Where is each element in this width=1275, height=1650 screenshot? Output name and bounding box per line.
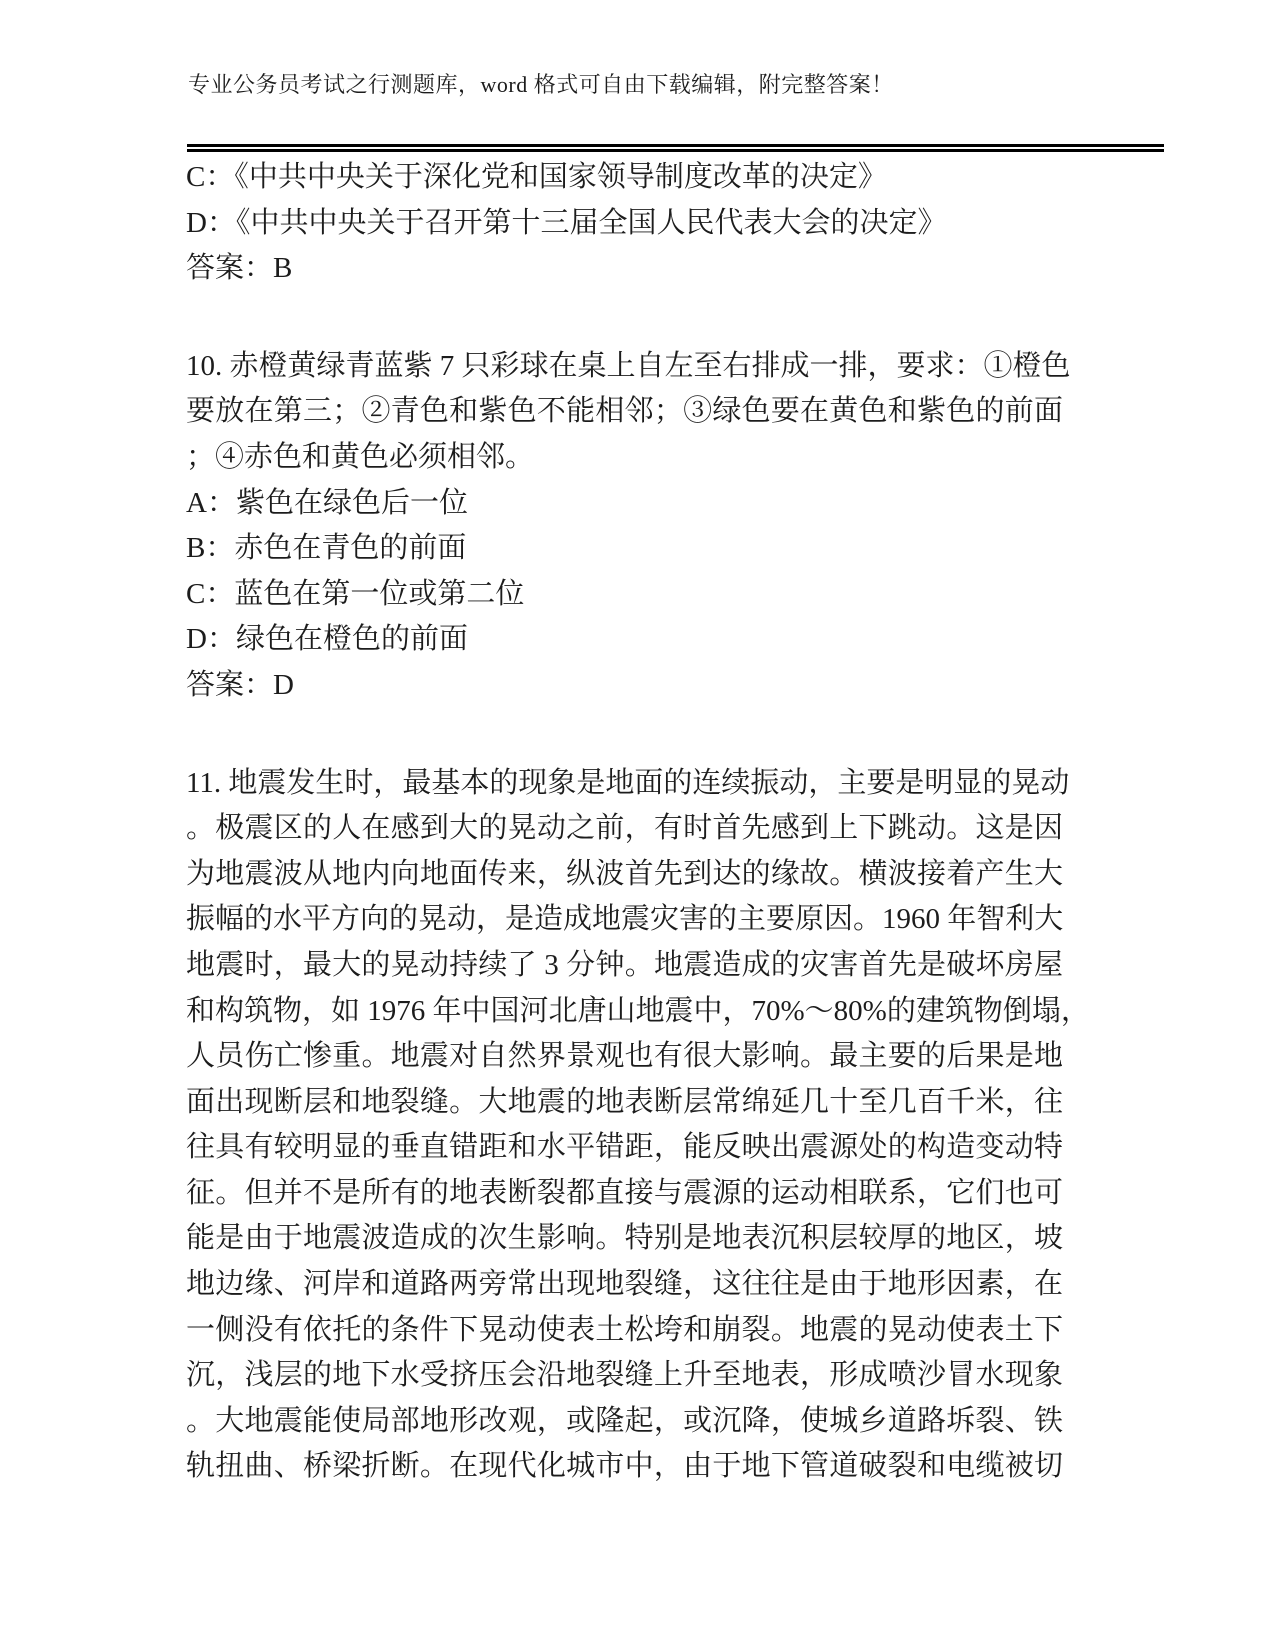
question-10-option-d: D：绿色在橙色的前面	[186, 617, 1063, 663]
question-10-block: 10. 赤橙黄绿青蓝紫 7 只彩球在桌上自左至右排成一排，要求：①橙色 要放在第…	[186, 344, 1063, 709]
question-9-option-d: D：《中共中央关于召开第十三届全国人民代表大会的决定》	[186, 201, 1063, 247]
document-content: C：《中共中央关于深化党和国家领导制度改革的决定》 D：《中共中央关于召开第十三…	[186, 155, 1063, 1490]
question-9-block: C：《中共中央关于深化党和国家领导制度改革的决定》 D：《中共中央关于召开第十三…	[186, 155, 1063, 292]
question-11-stem-line: 面出现断层和地裂缝。大地震的地表断层常绵延几十至几百千米，往	[186, 1080, 1063, 1126]
question-11-stem-line: 能是由于地震波造成的次生影响。特别是地表沉积层较厚的地区，坡	[186, 1216, 1063, 1262]
page-header-title: 专业公务员考试之行测题库，word 格式可自由下载编辑，附完整答案！	[188, 70, 1168, 100]
question-11-stem-line: 。极震区的人在感到大的晃动之前，有时首先感到上下跳动。这是因	[186, 806, 1063, 852]
question-10-option-c: C：蓝色在第一位或第二位	[186, 572, 1063, 618]
question-10-stem-line: ；④赤色和黄色必须相邻。	[186, 435, 1063, 481]
question-11-stem-line: 为地震波从地内向地面传来，纵波首先到达的缘故。横波接着产生大	[186, 852, 1063, 898]
question-11-stem-line: 地边缘、河岸和道路两旁常出现地裂缝，这往往是由于地形因素，在	[186, 1262, 1063, 1308]
question-11-stem-line: 。大地震能使局部地形改观，或隆起，或沉降，使城乡道路坼裂、铁	[186, 1399, 1063, 1445]
question-11-stem-line: 往具有较明显的垂直错距和水平错距，能反映出震源处的构造变动特	[186, 1125, 1063, 1171]
question-11-stem-line: 11. 地震发生时，最基本的现象是地面的连续振动，主要是明显的晃动	[186, 761, 1063, 807]
question-11-stem-line: 振幅的水平方向的晃动，是造成地震灾害的主要原因。1960 年智利大	[186, 897, 1063, 943]
question-10-stem-line: 要放在第三；②青色和紫色不能相邻；③绿色要在黄色和紫色的前面	[186, 389, 1063, 435]
question-11-stem-line: 人员伤亡惨重。地震对自然界景观也有很大影响。最主要的后果是地	[186, 1034, 1063, 1080]
question-11-stem-line: 沉，浅层的地下水受挤压会沿地裂缝上升至地表，形成喷沙冒水现象	[186, 1353, 1063, 1399]
exam-document-page: 专业公务员考试之行测题库，word 格式可自由下载编辑，附完整答案！ C：《中共…	[0, 0, 1275, 1650]
question-11-stem-line: 和构筑物，如 1976 年中国河北唐山地震中，70%～80%的建筑物倒塌，	[186, 989, 1063, 1035]
question-10-option-b: B：赤色在青色的前面	[186, 526, 1063, 572]
header-divider-rule	[187, 144, 1164, 152]
question-10-option-a: A：紫色在绿色后一位	[186, 481, 1063, 527]
question-11-block: 11. 地震发生时，最基本的现象是地面的连续振动，主要是明显的晃动 。极震区的人…	[186, 761, 1063, 1491]
question-9-option-c: C：《中共中央关于深化党和国家领导制度改革的决定》	[186, 155, 1063, 201]
question-10-stem-line: 10. 赤橙黄绿青蓝紫 7 只彩球在桌上自左至右排成一排，要求：①橙色	[186, 344, 1063, 390]
question-9-answer: 答案：B	[186, 246, 1063, 292]
question-10-answer: 答案：D	[186, 663, 1063, 709]
question-11-stem-line: 一侧没有依托的条件下晃动使表土松垮和崩裂。地震的晃动使表土下	[186, 1308, 1063, 1354]
question-11-stem-line: 轨扭曲、桥梁折断。在现代化城市中，由于地下管道破裂和电缆被切	[186, 1444, 1063, 1490]
question-11-stem-line: 地震时，最大的晃动持续了 3 分钟。地震造成的灾害首先是破坏房屋	[186, 943, 1063, 989]
question-11-stem-line: 征。但并不是所有的地表断裂都直接与震源的运动相联系，它们也可	[186, 1171, 1063, 1217]
